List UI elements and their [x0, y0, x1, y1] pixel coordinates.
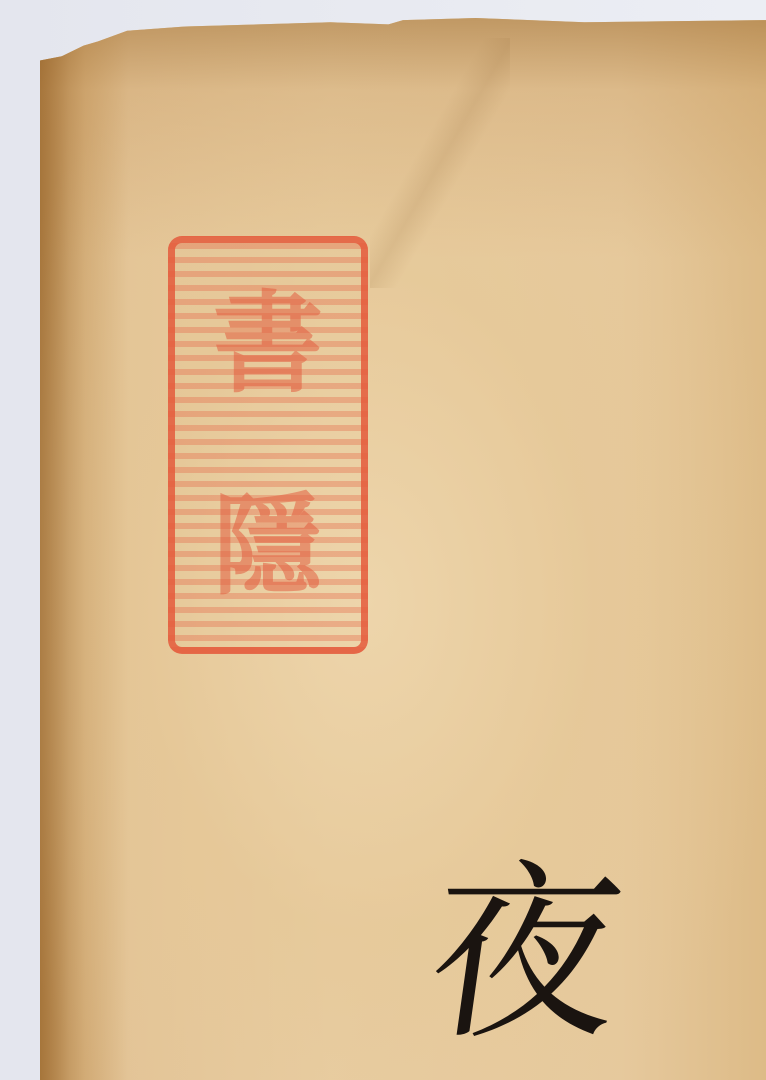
seal-character-bottom: 隱: [213, 491, 323, 601]
aged-paper-sheet: [40, 18, 766, 1080]
red-seal-stamp: 書 隱: [168, 236, 368, 654]
seal-character-top: 書: [213, 289, 323, 399]
brush-calligraphy-character: 夜: [417, 860, 634, 1050]
paper-crease: [370, 38, 510, 288]
